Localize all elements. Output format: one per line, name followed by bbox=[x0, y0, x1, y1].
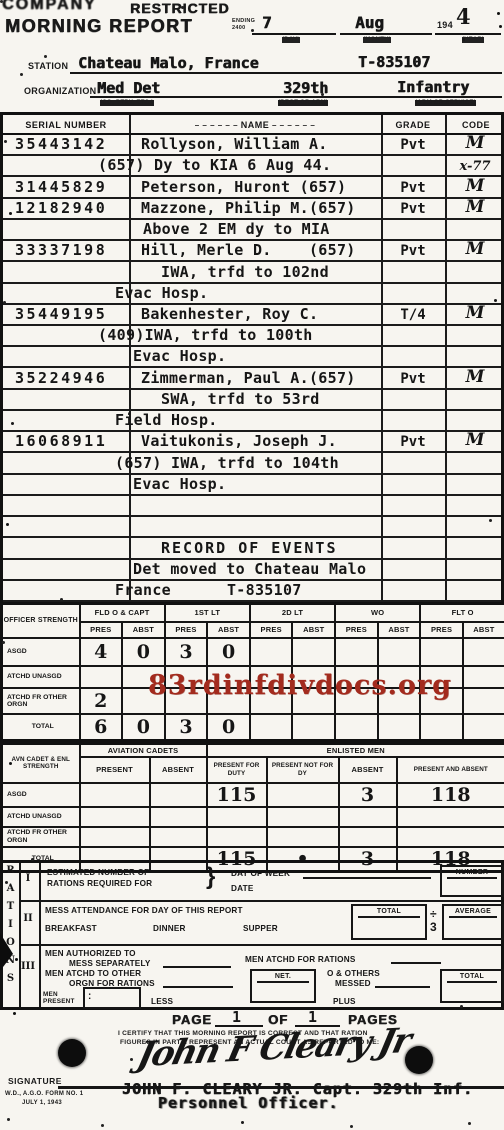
value-cell bbox=[80, 666, 123, 688]
value-cell bbox=[150, 827, 207, 847]
roster-row-2: (657) Dy to KIA 6 Aug 44.x-77 bbox=[3, 156, 501, 177]
divisor: 3 bbox=[430, 920, 437, 934]
form-id-line1: W.D., A.G.O. FORM NO. 1 bbox=[5, 1091, 83, 1097]
serial-cell: 35449195 bbox=[15, 305, 107, 323]
station-underline bbox=[70, 72, 502, 74]
value-cell bbox=[267, 807, 339, 827]
rations-total-box: TOTAL bbox=[440, 969, 504, 1003]
grade-cell: Pvt bbox=[381, 243, 445, 259]
men-present-box: : bbox=[83, 987, 141, 1009]
value-cell bbox=[80, 827, 150, 847]
value-cell bbox=[339, 827, 397, 847]
form-title: MORNING REPORT bbox=[5, 16, 193, 37]
section-ii-numeral: II bbox=[19, 913, 37, 924]
enl-atchd-fr-other-row: ATCHD FR OTHER ORGN bbox=[2, 827, 504, 847]
group-aviation-cadets: AVIATION CADETS bbox=[80, 744, 207, 757]
organization-unit: Med Det bbox=[97, 79, 160, 97]
serial-cell: 33337198 bbox=[15, 241, 107, 259]
organization-branch: Infantry bbox=[397, 78, 469, 96]
roster-row-15: 16068911Vaitukonis, Joseph J.PvtM bbox=[3, 432, 501, 453]
divide-sign: ÷ bbox=[430, 907, 437, 921]
atchd-rations-blank bbox=[391, 962, 441, 964]
grade-cell: Pvt bbox=[381, 434, 445, 450]
name-cell: Mazzone, Philip M.(657) bbox=[141, 199, 356, 217]
regiment-sublabel: (REGT OR ARM) bbox=[278, 100, 328, 106]
row-label: TOTAL bbox=[2, 714, 80, 740]
name-cell: (409)IWA, trfd to 100th bbox=[98, 326, 313, 344]
name-cell: Bakenhester, Roy C. bbox=[141, 305, 318, 323]
page-blank bbox=[215, 1025, 263, 1027]
value-cell bbox=[335, 714, 378, 740]
value-cell bbox=[267, 783, 339, 807]
supper-label: SUPPER bbox=[243, 924, 278, 933]
hole-punch-left bbox=[58, 1039, 86, 1067]
pres-header: PRES bbox=[250, 622, 293, 638]
roster-row-21: Det moved to Chateau Malo bbox=[3, 560, 501, 581]
breakfast-label: BREAKFAST bbox=[45, 924, 97, 933]
day-sublabel: (DAY) bbox=[282, 37, 300, 43]
value-cell bbox=[80, 783, 150, 807]
value-cell: 118 bbox=[397, 783, 504, 807]
value-cell: 3 bbox=[339, 783, 397, 807]
page-label: PAGE bbox=[172, 1012, 212, 1027]
morning-report-document: COMPANY RESTRICTED MORNING REPORT ENDING… bbox=[0, 0, 504, 1130]
value-cell: 0 bbox=[122, 714, 165, 740]
name-cell: France T-835107 bbox=[115, 581, 302, 599]
estimated-rations-line2: RATIONS REQUIRED FOR bbox=[47, 879, 152, 888]
value-cell bbox=[463, 638, 504, 666]
roster-row-7: IWA, trfd to 102nd bbox=[3, 262, 501, 283]
roster-table: SERIAL NUMBER NAME GRADE CODE 35443142Ro… bbox=[0, 112, 504, 602]
value-cell: 3 bbox=[165, 638, 208, 666]
grade-cell: Pvt bbox=[381, 137, 445, 153]
abst-header: ABST bbox=[378, 622, 421, 638]
pres-header: PRES bbox=[80, 622, 123, 638]
men-present-line2: PRESENT bbox=[43, 998, 75, 1005]
roster-row-18 bbox=[3, 496, 501, 517]
roster-row-22: France T-835107 bbox=[3, 581, 501, 602]
men-present-line1: MEN bbox=[43, 991, 58, 998]
enl-asgd-row: ASGD 115 3 118 bbox=[2, 783, 504, 807]
value-cell bbox=[463, 688, 504, 714]
classification-label: RESTRICTED bbox=[130, 0, 229, 16]
row-label: ATCHD UNASGD bbox=[2, 666, 80, 688]
net-box: NET. bbox=[250, 969, 316, 1003]
group-enlisted-men: ENLISTED MEN bbox=[207, 744, 504, 757]
value-cell bbox=[150, 807, 207, 827]
abst-header: ABST bbox=[292, 622, 335, 638]
grade-cell: T/4 bbox=[381, 307, 445, 323]
value-cell bbox=[463, 714, 504, 740]
signature-label: SIGNATURE bbox=[8, 1076, 62, 1086]
serial-cell: 35443142 bbox=[15, 135, 107, 153]
roster-row-19 bbox=[3, 517, 501, 538]
code-cell: M bbox=[445, 133, 504, 153]
pages-total: 1 bbox=[308, 1008, 317, 1026]
day-underline bbox=[252, 33, 336, 35]
name-cell: Vaitukonis, Joseph J. bbox=[141, 432, 337, 450]
group-wo: WO bbox=[335, 604, 420, 622]
group-2d-lt: 2D LT bbox=[250, 604, 335, 622]
average-box: AVERAGE bbox=[442, 904, 504, 940]
branch-sublabel: (ARM OR SERVICE) bbox=[415, 100, 476, 106]
abst-header: ABST bbox=[463, 622, 504, 638]
rations-panel: RATIONS I II III ESTIMATED NUMBER OF RAT… bbox=[0, 860, 504, 1010]
name-cell: Det moved to Chateau Malo bbox=[133, 560, 366, 578]
pres-header: PRES bbox=[420, 622, 463, 638]
date-label: DATE bbox=[231, 884, 253, 893]
name-cell: (657) IWA, trfd to 104th bbox=[115, 454, 339, 472]
enl-atchd-unasgd-row: ATCHD UNASGD bbox=[2, 807, 504, 827]
value-cell bbox=[267, 827, 339, 847]
month-underline bbox=[340, 33, 432, 35]
estimated-rations-line1: ESTIMATED NUMBER OF bbox=[47, 868, 149, 877]
ending-label: ENDING bbox=[232, 18, 255, 24]
unit-sublabel: (CO, BTRY, ETC.) bbox=[100, 100, 154, 106]
name-cell: Evac Hosp. bbox=[133, 347, 226, 365]
station-value: Chateau Malo, France bbox=[78, 54, 259, 72]
roster-header-row: SERIAL NUMBER NAME GRADE CODE bbox=[3, 115, 501, 135]
pres-header: PRES bbox=[165, 622, 208, 638]
roster-row-8: Evac Hosp. bbox=[3, 284, 501, 305]
page-number: 1 bbox=[232, 1008, 241, 1026]
value-cell bbox=[420, 638, 463, 666]
code-cell: x-77 bbox=[445, 159, 504, 174]
group-flt-o: FLT O bbox=[420, 604, 504, 622]
ending-time: 2400 bbox=[232, 25, 245, 31]
name-cell: Evac Hosp. bbox=[133, 475, 226, 493]
orgn-rations-blank bbox=[163, 986, 233, 988]
grade-cell: Pvt bbox=[381, 201, 445, 217]
name-cell: (657) Dy to KIA 6 Aug 44. bbox=[98, 156, 331, 174]
serial-cell: 31445829 bbox=[15, 178, 107, 196]
dinner-label: DINNER bbox=[153, 924, 186, 933]
code-cell: M bbox=[445, 367, 504, 387]
name-cell: Zimmerman, Paul A.(657) bbox=[141, 369, 356, 387]
roster-row-17: Evac Hosp. bbox=[3, 475, 501, 496]
day-of-week-blank bbox=[303, 877, 431, 879]
number-box-label: NUMBER bbox=[447, 869, 497, 879]
value-cell bbox=[207, 827, 267, 847]
year-underline bbox=[435, 33, 501, 35]
brace: } bbox=[206, 863, 215, 891]
group-1st-lt: 1ST LT bbox=[165, 604, 250, 622]
row-label: ATCHD UNASGD bbox=[2, 807, 80, 827]
section-divider bbox=[19, 944, 501, 946]
rations-total-label: TOTAL bbox=[447, 973, 497, 983]
serial-cell: 16068911 bbox=[15, 432, 107, 450]
value-cell: 6 bbox=[80, 714, 123, 740]
code-cell: M bbox=[445, 239, 504, 259]
name-cell: Evac Hosp. bbox=[115, 284, 208, 302]
plus-label: PLUS bbox=[333, 997, 356, 1006]
value-cell bbox=[397, 827, 504, 847]
men-atchd-other-line1: MEN ATCHD TO OTHER bbox=[45, 969, 141, 978]
mess-separately-blank bbox=[163, 966, 231, 968]
name-cell: Above 2 EM dy to MIA bbox=[143, 220, 330, 238]
row-label: ASGD bbox=[2, 783, 80, 807]
hole-punch-right bbox=[405, 1046, 433, 1074]
of-label: OF bbox=[268, 1012, 288, 1027]
code-cell: M bbox=[445, 430, 504, 450]
men-atchd-for-rations: MEN ATCHD FOR RATIONS bbox=[245, 955, 355, 964]
section-numeral-rail bbox=[19, 863, 41, 1007]
name-cell: Hill, Merle D. (657) bbox=[141, 241, 356, 259]
roster-row-9: 35449195Bakenhester, Roy C.T/4M bbox=[3, 305, 501, 326]
roster-row-16: (657) IWA, trfd to 104th bbox=[3, 453, 501, 474]
date-month-value: Aug bbox=[355, 13, 384, 32]
value-cell: 4 bbox=[80, 638, 123, 666]
section-i-numeral: I bbox=[19, 873, 37, 884]
value-cell bbox=[250, 638, 293, 666]
value-cell bbox=[150, 783, 207, 807]
officer-total-row: TOTAL 60 30 bbox=[2, 714, 504, 740]
row-label: ASGD bbox=[2, 638, 80, 666]
day-of-week-label: DAY OF WEEK bbox=[231, 869, 290, 878]
roster-row-20-record-of-events: RECORD OF EVENTS bbox=[3, 538, 501, 559]
mess-total-label: TOTAL bbox=[358, 908, 420, 918]
name-column-header: NAME bbox=[129, 120, 381, 130]
organization-underline bbox=[90, 96, 502, 98]
month-sublabel: (MONTH) bbox=[363, 37, 391, 43]
record-of-events-title: RECORD OF EVENTS bbox=[161, 539, 338, 557]
men-authorized-line1: MEN AUTHORIZED TO bbox=[45, 949, 136, 958]
abst-header: ABST bbox=[207, 622, 250, 638]
serial-column-header: SERIAL NUMBER bbox=[3, 120, 129, 130]
year-written: 4 bbox=[456, 4, 471, 29]
roster-row-6: 33337198Hill, Merle D. (657)PvtM bbox=[3, 241, 501, 262]
col-absent-em: ABSENT bbox=[339, 757, 397, 783]
value-cell: 0 bbox=[207, 638, 250, 666]
roster-row-4: 12182940Mazzone, Philip M.(657)PvtM bbox=[3, 199, 501, 220]
average-label: AVERAGE bbox=[449, 908, 497, 918]
messed-blank bbox=[375, 986, 430, 988]
col-present-not-for-dy: PRESENT NOT FOR DY bbox=[267, 757, 339, 783]
col-absent: ABSENT bbox=[150, 757, 207, 783]
section-iii-numeral: III bbox=[19, 961, 37, 972]
value-cell bbox=[335, 638, 378, 666]
value-cell: 0 bbox=[207, 714, 250, 740]
officer-strength-header: OFFICER STRENGTH bbox=[2, 604, 80, 638]
grade-cell: Pvt bbox=[381, 180, 445, 196]
row-label: ATCHD FR OTHER ORGN bbox=[2, 827, 80, 847]
date-day-value: 7 bbox=[262, 13, 272, 32]
row-label: ATCHD FR OTHER ORGN bbox=[2, 688, 80, 714]
signature-script: John F Cleary Jr bbox=[134, 1021, 414, 1076]
value-cell bbox=[339, 807, 397, 827]
signature-title: Personnel Officer. bbox=[158, 1094, 339, 1112]
roster-row-14: Field Hosp. bbox=[3, 411, 501, 432]
roster-row-10: (409)IWA, trfd to 100th bbox=[3, 326, 501, 347]
others-messed-line2: MESSED bbox=[335, 979, 371, 988]
mess-attendance-label: MESS ATTENDANCE FOR DAY OF THIS REPORT bbox=[45, 906, 243, 915]
code-cell: M bbox=[445, 176, 504, 196]
roster-row-12: 35224946Zimmerman, Paul A.(657)PvtM bbox=[3, 368, 501, 389]
watermark: 83rdinfdivdocs.org bbox=[148, 670, 452, 701]
value-cell: 3 bbox=[165, 714, 208, 740]
value-cell bbox=[378, 714, 421, 740]
value-cell bbox=[207, 807, 267, 827]
form-id-line2: JULY 1, 1943 bbox=[22, 1100, 62, 1106]
pres-header: PRES bbox=[335, 622, 378, 638]
station-label: STATION bbox=[28, 61, 68, 71]
avn-enl-strength-header: AVN CADET & ENL STRENGTH bbox=[2, 744, 80, 783]
station-coordinates: T-835107 bbox=[358, 53, 430, 71]
col-present-and-absent: PRESENT AND ABSENT bbox=[397, 757, 504, 783]
roster-row-3: 31445829Peterson, Huront (657)PvtM bbox=[3, 177, 501, 198]
name-cell: Peterson, Huront (657) bbox=[141, 178, 346, 196]
net-label: NET. bbox=[257, 973, 309, 983]
officer-asgd-row: ASGD 40 30 bbox=[2, 638, 504, 666]
value-cell bbox=[292, 638, 335, 666]
men-authorized-line2: MESS SEPARATELY bbox=[69, 959, 151, 968]
roster-row-5: Above 2 EM dy to MIA bbox=[3, 220, 501, 241]
organization-regiment: 329th bbox=[283, 79, 328, 97]
name-cell: Field Hosp. bbox=[115, 411, 218, 429]
value-cell: 0 bbox=[122, 638, 165, 666]
men-present-colon: : bbox=[88, 991, 91, 1002]
value-cell bbox=[378, 638, 421, 666]
name-cell: SWA, trfd to 53rd bbox=[161, 390, 320, 408]
value-cell bbox=[397, 807, 504, 827]
rations-vertical-label: RATIONS bbox=[5, 865, 16, 991]
value-cell: 115 bbox=[207, 783, 267, 807]
value-cell bbox=[463, 666, 504, 688]
roster-row-1: 35443142Rollyson, William A.PvtM bbox=[3, 135, 501, 156]
name-cell: IWA, trfd to 102nd bbox=[161, 263, 329, 281]
enlisted-strength-table: AVN CADET & ENL STRENGTH AVIATION CADETS… bbox=[0, 742, 504, 873]
serial-cell: 12182940 bbox=[15, 199, 107, 217]
grade-cell: Pvt bbox=[381, 371, 445, 387]
scan-speckles bbox=[0, 0, 3, 3]
name-cell: Rollyson, William A. bbox=[141, 135, 328, 153]
value-cell bbox=[420, 714, 463, 740]
value-cell: 2 bbox=[80, 688, 123, 714]
less-label: LESS bbox=[151, 997, 173, 1006]
number-box: NUMBER bbox=[440, 865, 504, 897]
roster-row-13: SWA, trfd to 53rd bbox=[3, 390, 501, 411]
year-printed: 194 bbox=[437, 20, 453, 30]
code-cell: M bbox=[445, 197, 504, 217]
organization-label: ORGANIZATION bbox=[24, 86, 96, 96]
code-cell: M bbox=[445, 303, 504, 323]
roster-row-11: Evac Hosp. bbox=[3, 347, 501, 368]
value-cell bbox=[250, 714, 293, 740]
serial-cell: 35224946 bbox=[15, 369, 107, 387]
others-messed-line1: O & OTHERS bbox=[327, 969, 380, 978]
company-stamp: COMPANY bbox=[2, 0, 97, 14]
grade-column-header: GRADE bbox=[381, 120, 445, 130]
section-divider bbox=[19, 900, 501, 902]
code-column-header: CODE bbox=[445, 120, 504, 130]
value-cell bbox=[80, 807, 150, 827]
col-present-for-duty: PRESENT FOR DUTY bbox=[207, 757, 267, 783]
abst-header: ABST bbox=[122, 622, 165, 638]
mess-total-box: TOTAL bbox=[351, 904, 427, 940]
group-fld-o-capt: FLD O & CAPT bbox=[80, 604, 165, 622]
value-cell bbox=[292, 714, 335, 740]
year-sublabel: (YEAR) bbox=[462, 37, 484, 43]
col-present: PRESENT bbox=[80, 757, 150, 783]
